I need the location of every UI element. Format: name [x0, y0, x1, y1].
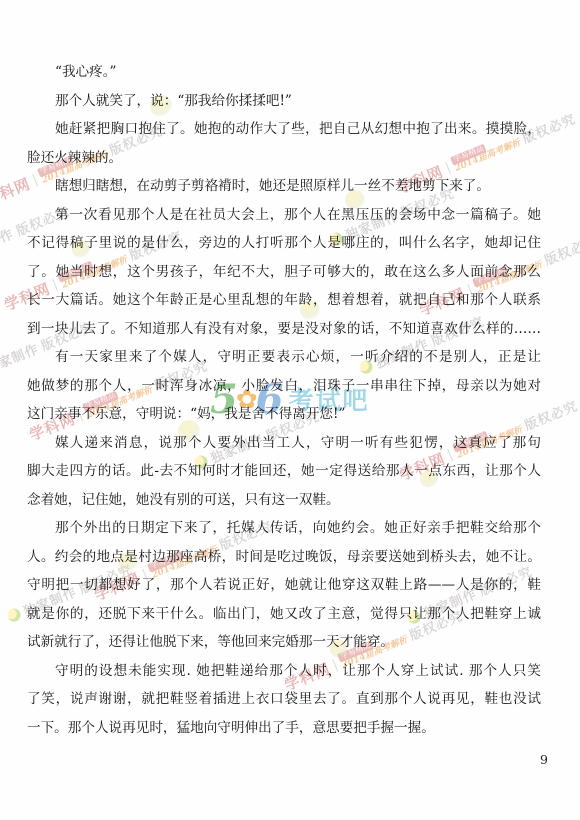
text-line-21: 试新就行了，还得让他脱下来，等他回来完婚那一天才能穿。	[27, 628, 541, 657]
text-line-9: 长一大篇话。她这个年龄正是心里乱想的年龄，想着想着，就把自己和那个人联系	[27, 286, 541, 315]
text-line-19: 守明把一切都想好了，那个人若说正好，她就让他穿这双鞋上路——人是你的，鞋	[27, 571, 541, 600]
text-line-10: 到一块儿去了。不知道那人有没有对象，要是没对象的话，不知道喜欢什么样的……	[27, 315, 541, 344]
text-line-16: 念着她，记住她，她没有别的可送，只有这一双鞋。	[27, 486, 541, 515]
text-line-17: 那个外出的日期定下来了，托媒人传话，向她约会。她正好亲手把鞋交给那个	[27, 514, 541, 543]
text-line-11: 有一天家里来了个媒人，守明正要表示心烦，一听介绍的不是别人，正是让	[27, 343, 541, 372]
text-line-2: 那个人就笑了，说：“那我给你揉揉吧!”	[27, 87, 541, 116]
text-line-15: 脚大走四方的话。此-去不知何时才能回还，她一定得送给那人一点东西，让那个人	[27, 457, 541, 486]
text-line-13: 这门亲事不乐意，守明说：“妈，我是舍不得离开您!”	[27, 400, 541, 429]
text-line-7: 不记得稿子里说的是什么，旁边的人打听那个人是哪庄的，叫什么名字，她却记住	[27, 229, 541, 258]
text-line-24: 一下。那个人说再见时，猛地向守明伸出了手，意思要把手握一握。	[27, 714, 541, 743]
watermark-rights-label: 版权必究	[541, 230, 580, 269]
text-block: “我心疼。”那个人就笑了，说：“那我给你揉揉吧!”她赶紧把胸口抱住了。她抱的动作…	[27, 58, 541, 742]
page-number: 9	[540, 752, 548, 767]
text-line-18: 人。约会的地点是村边那座高桥，时间是吃过晚饭，母亲要送她到桥头去，她不让。	[27, 543, 541, 572]
text-line-22: 守明的设想未能实现. 她把鞋递给那个人时，让那个人穿上试试. 那个人只笑	[27, 657, 541, 686]
text-line-3: 她赶紧把胸口抱住了。她抱的动作大了些，把自己从幻想中抱了出来。摸摸脸，	[27, 115, 541, 144]
text-line-1: “我心疼。”	[27, 58, 541, 87]
watermark-exclusive-label: 独家制作	[0, 223, 16, 262]
text-line-14: 媒人递来消息，说那个人要外出当工人，守明一听有些犯愣，这真应了那句	[27, 429, 541, 458]
text-line-5: 瞎想归瞎想，在动剪子剪袼褙时，她还是照原样儿一丝不差地剪下来了。	[27, 172, 541, 201]
text-line-20: 就是你的，还脱下来干什么。临出门，她又改了主意，觉得只让那个人把鞋穿上诚	[27, 600, 541, 629]
site-logo-icon	[6, 607, 23, 624]
text-line-6: 第一次看见那个人是在社员大会上，那个人在黑压压的会场中念一篇稿子。她	[27, 201, 541, 230]
text-line-8: 了。她当时想，这个男孩子，年纪不大，胆子可够大的，敢在这么多人面前念那么	[27, 258, 541, 287]
text-line-23: 了笑，说声谢谢，就把鞋竖着插进上衣口袋里去了。直到那个人说再见，鞋也没试	[27, 685, 541, 714]
text-line-4: 脸还火辣辣的。	[27, 144, 541, 173]
text-line-12: 她做梦的那个人，一时浑身冰凉，小脸发白，泪珠子一串串往下掉，母亲以为她对	[27, 372, 541, 401]
scanned-document-page: 学科网|学易精品2014届高考解析版权必究学科网|学易精品2014届高考解析版权…	[0, 0, 580, 820]
